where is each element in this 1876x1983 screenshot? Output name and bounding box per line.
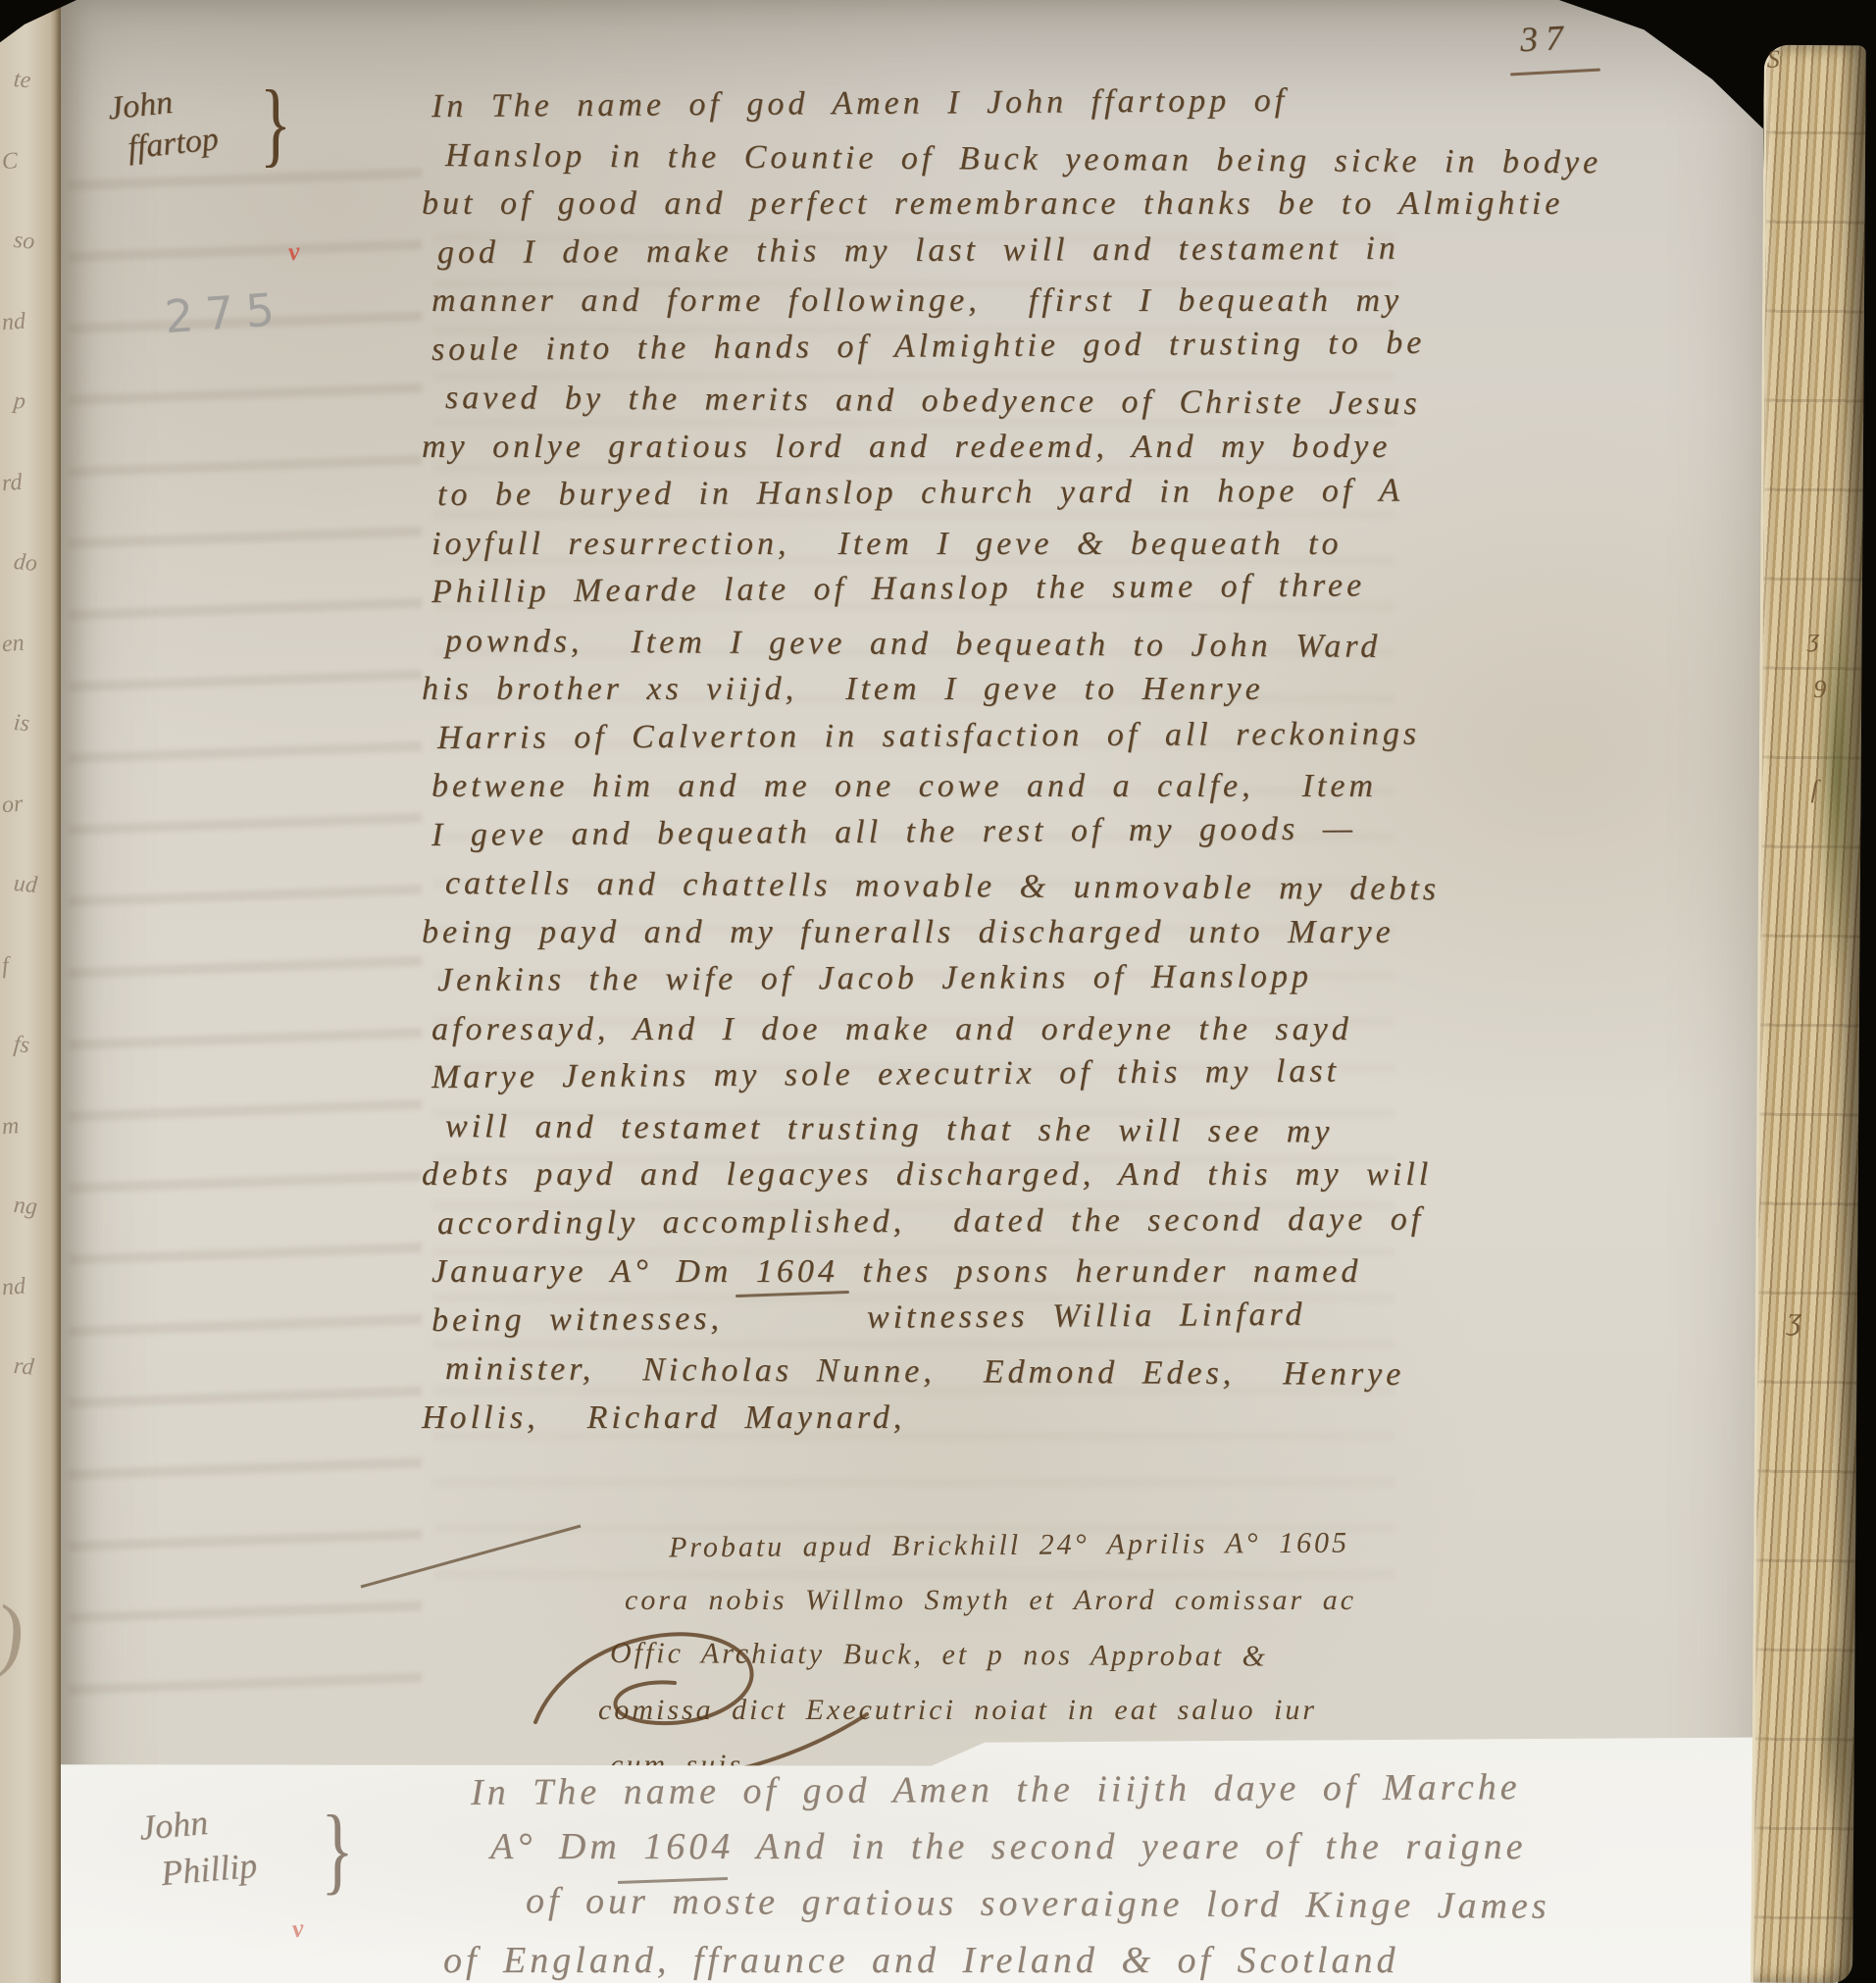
edge-ink-marks: ʒ9ſʒS <box>1767 45 1866 46</box>
book-fore-edge: ʒ9ſʒS <box>1750 45 1866 1983</box>
will-text-line: will and testamet trusting that she will… <box>445 1102 1795 1159</box>
pencil-folio-number: 275 <box>163 282 287 344</box>
pen-stroke <box>355 1518 590 1597</box>
gutter-text-fragment: or <box>1 791 38 817</box>
margin-brace: } <box>321 1793 354 1906</box>
gutter-text-fragment: p <box>13 389 38 415</box>
gutter-text-fragment: so <box>13 229 38 254</box>
will-text-line: pownds, Item I geve and bequeath to John… <box>445 617 1795 674</box>
edge-ink-mark: ʒ <box>1788 1300 1801 1337</box>
manuscript-page: 37 275 v Johnffartop } In The name of go… <box>61 0 1763 1983</box>
edge-ink-mark: S <box>1767 45 1780 75</box>
facing-page-fragments: teCsondprddoenisorudffsmngndrd) <box>0 69 37 1675</box>
gutter-text-fragment: ) <box>0 1592 40 1677</box>
gutter-text-fragment: en <box>1 631 38 656</box>
gutter-text-fragment: rd <box>1 470 38 495</box>
book-gutter: teCsondprddoenisorudffsmngndrd) <box>0 0 65 1983</box>
red-check-mark: v <box>286 236 301 267</box>
will-text-line: soule into the hands of Almightie god tr… <box>431 316 1795 374</box>
will-text-line: Jenkins the wife of Jacob Jenkins of Han… <box>437 950 1795 1005</box>
will-text-line: Marye Jenkins my sole executrix of this … <box>431 1043 1795 1101</box>
gutter-text-fragment: te <box>13 68 38 93</box>
red-check-mark: v <box>290 1913 305 1944</box>
edge-ink-mark: ſ <box>1810 775 1817 804</box>
gutter-text-fragment: ng <box>13 1194 38 1219</box>
will-text-phillip: In The name of god Amen the iiijth daye … <box>443 1761 1550 1983</box>
will-text-line: cattells and chattells movable & unmovab… <box>445 859 1795 916</box>
gutter-text-fragment: C <box>1 148 38 174</box>
will-text-line: my onlye gratious lord and redeemd, And … <box>422 423 1795 472</box>
manuscript-scan: teCsondprddoenisorudffsmngndrd) 37 275 v… <box>0 0 1876 1983</box>
edge-ink-mark: ʒ <box>1808 624 1820 653</box>
will-text-line: minister, Nicholas Nunne, Edmond Edes, H… <box>445 1345 1795 1401</box>
will-text-line: I geve and bequeath all the rest of my g… <box>431 801 1795 859</box>
edge-ink-mark: 9 <box>1813 675 1826 704</box>
gutter-text-fragment: m <box>1 1113 38 1139</box>
edge-dark-patch <box>1808 1575 1859 1889</box>
will-text-line: god I doe make this my last will and tes… <box>437 222 1795 277</box>
gutter-text-fragment: ud <box>13 872 38 897</box>
will-text-line: being payd and my funeralls discharged u… <box>422 908 1795 957</box>
gutter-text-fragment: rd <box>13 1354 38 1380</box>
gutter-text-fragment: f <box>1 952 38 978</box>
will-text-line: In The name of god Amen I John ffartopp … <box>431 73 1795 130</box>
gutter-text-fragment: do <box>13 550 38 576</box>
folio-number: 37 <box>1519 17 1572 61</box>
probate-text-line: Probatu apud Brickhill 24° Aprilis A° 16… <box>669 1516 1356 1576</box>
will-text-line: In The name of god Amen the iiijth daye … <box>471 1758 1550 1821</box>
will-text-line: Harris of Calverton in satisfaction of a… <box>437 707 1795 762</box>
will-text-line: being witnesses, witnesses Willia Linfar… <box>431 1287 1795 1345</box>
gutter-text-fragment: fs <box>13 1033 38 1058</box>
will-text-line: Phillip Mearde late of Hanslop the sume … <box>431 558 1795 616</box>
will-text-line: of England, ffraunce and Ireland & of Sc… <box>443 1932 1550 1983</box>
will-text-line: Hollis, Richard Maynard, <box>422 1394 1795 1443</box>
will-text-line: to be buryed in Hanslop church yard in h… <box>437 465 1795 520</box>
margin-name-line: Phillip <box>159 1842 259 1897</box>
will-text-line: Hanslop in the Countie of Buck yeoman be… <box>445 131 1795 188</box>
will-text-line: accordingly accomplished, dated the seco… <box>437 1193 1795 1247</box>
pen-flourish <box>522 1604 894 1791</box>
margin-brace: } <box>260 69 291 178</box>
margin-testator-name-phillip: JohnPhillip <box>155 1795 259 1897</box>
gutter-text-fragment: is <box>13 711 38 737</box>
verso-show-through <box>69 147 422 1697</box>
gutter-text-fragment: nd <box>1 309 38 334</box>
will-text-hartopp: In The name of god Amen I John ffartopp … <box>431 82 1795 1442</box>
will-text-line: A° Dm 1604 And in the second yeare of th… <box>490 1818 1550 1875</box>
will-text-line: saved by the merits and obedyence of Chr… <box>445 374 1795 431</box>
edge-dark-patch <box>1805 457 1868 1085</box>
margin-testator-name-hartopp: Johnffartop <box>122 77 221 169</box>
will-text-line: of our moste gratious soveraigne lord Ki… <box>526 1872 1550 1934</box>
gutter-text-fragment: nd <box>1 1274 38 1299</box>
